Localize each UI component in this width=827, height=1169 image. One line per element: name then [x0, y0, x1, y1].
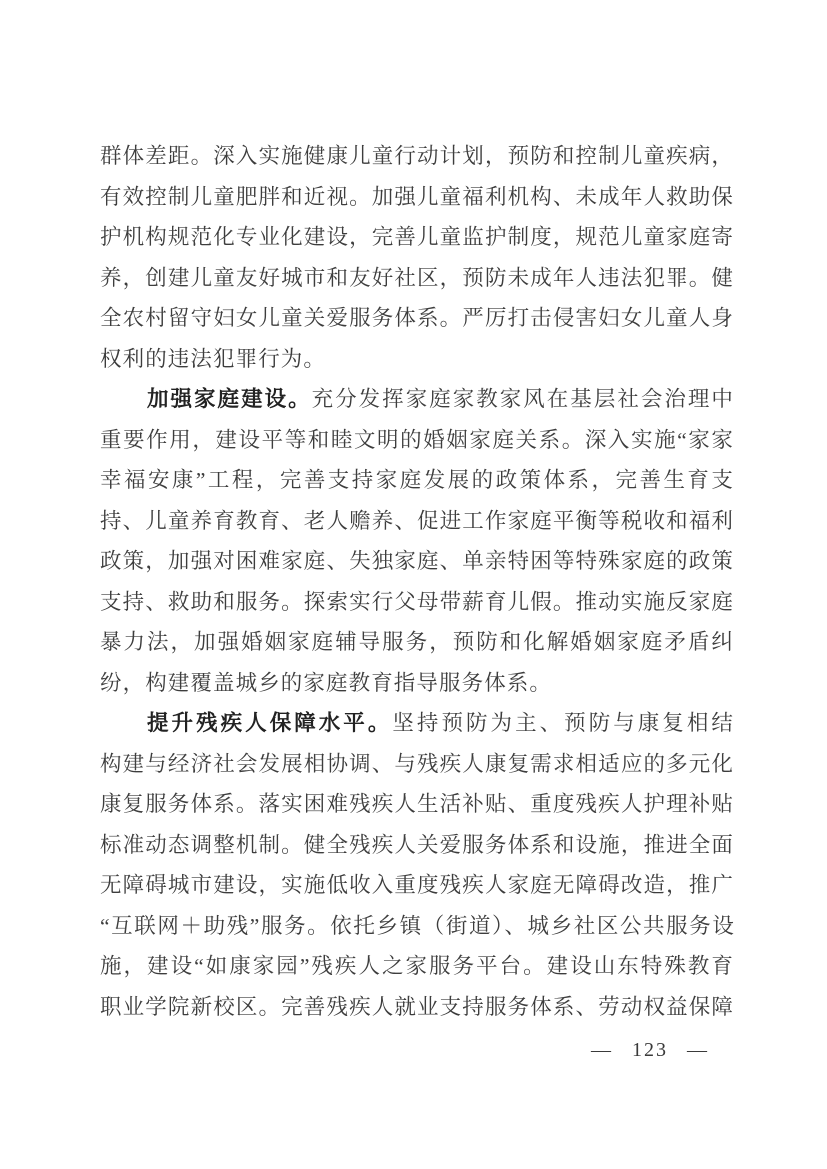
text-line: 有效控制儿童肥胖和近视。加强儿童福利机构、未成年人救助保: [100, 177, 734, 218]
page-number: — 123 —: [591, 1036, 709, 1064]
document-body: 群体差距。深入实施健康儿童行动计划，预防和控制儿童疾病， 有效控制儿童肥胖和近视…: [100, 136, 734, 1027]
text-line: 群体差距。深入实施健康儿童行动计划，预防和控制儿童疾病，: [100, 136, 734, 177]
text-line: 政策，加强对困难家庭、失独家庭、单亲特困等特殊家庭的政策: [100, 541, 734, 582]
text-line: 无障碍城市建设，实施低收入重度残疾人家庭无障碍改造，推广: [100, 865, 734, 906]
text-line: “互联网＋助残”服务。依托乡镇（街道）、城乡社区公共服务设: [100, 906, 734, 947]
text-line: 全农村留守妇女儿童关爱服务体系。严厉打击侵害妇女儿童人身: [100, 298, 734, 339]
text-line: 构建与经济社会发展相协调、与残疾人康复需求相适应的多元化: [100, 744, 734, 785]
text-line: 护机构规范化专业化建设，完善儿童监护制度，规范儿童家庭寄: [100, 217, 734, 258]
text-line: 纷，构建覆盖城乡的家庭教育指导服务体系。: [100, 663, 734, 704]
text-line: 加强家庭建设。充分发挥家庭家教家风在基层社会治理中的: [100, 379, 734, 420]
text-line: 幸福安康”工程，完善支持家庭发展的政策体系，完善生育支: [100, 460, 734, 501]
text-line: 权利的违法犯罪行为。: [100, 339, 734, 380]
text-line: 康复服务体系。落实困难残疾人生活补贴、重度残疾人护理补贴: [100, 784, 734, 825]
text-line: 持、儿童养育教育、老人赡养、促进工作家庭平衡等税收和福利: [100, 501, 734, 542]
text-line: 提升残疾人保障水平。坚持预防为主、预防与康复相结合，: [100, 703, 734, 744]
text-line: 重要作用，建设平等和睦文明的婚姻家庭关系。深入实施“家家: [100, 420, 734, 461]
paragraph-heading: 加强家庭建设。: [147, 387, 312, 411]
text-line: 标准动态调整机制。健全残疾人关爱服务体系和设施，推进全面: [100, 825, 734, 866]
paragraph-heading: 提升残疾人保障水平。: [147, 711, 392, 735]
document-page: 群体差距。深入实施健康儿童行动计划，预防和控制儿童疾病， 有效控制儿童肥胖和近视…: [0, 0, 827, 1169]
text-line: 施，建设“如康家园”残疾人之家服务平台。建设山东特殊教育: [100, 946, 734, 987]
text-line: 暴力法，加强婚姻家庭辅导服务，预防和化解婚姻家庭矛盾纠: [100, 622, 734, 663]
text-line: 养，创建儿童友好城市和友好社区，预防未成年人违法犯罪。健: [100, 258, 734, 299]
text-line: 支持、救助和服务。探索实行父母带薪育儿假。推动实施反家庭: [100, 582, 734, 623]
text-line: 职业学院新校区。完善残疾人就业支持服务体系、劳动权益保障: [100, 987, 734, 1028]
